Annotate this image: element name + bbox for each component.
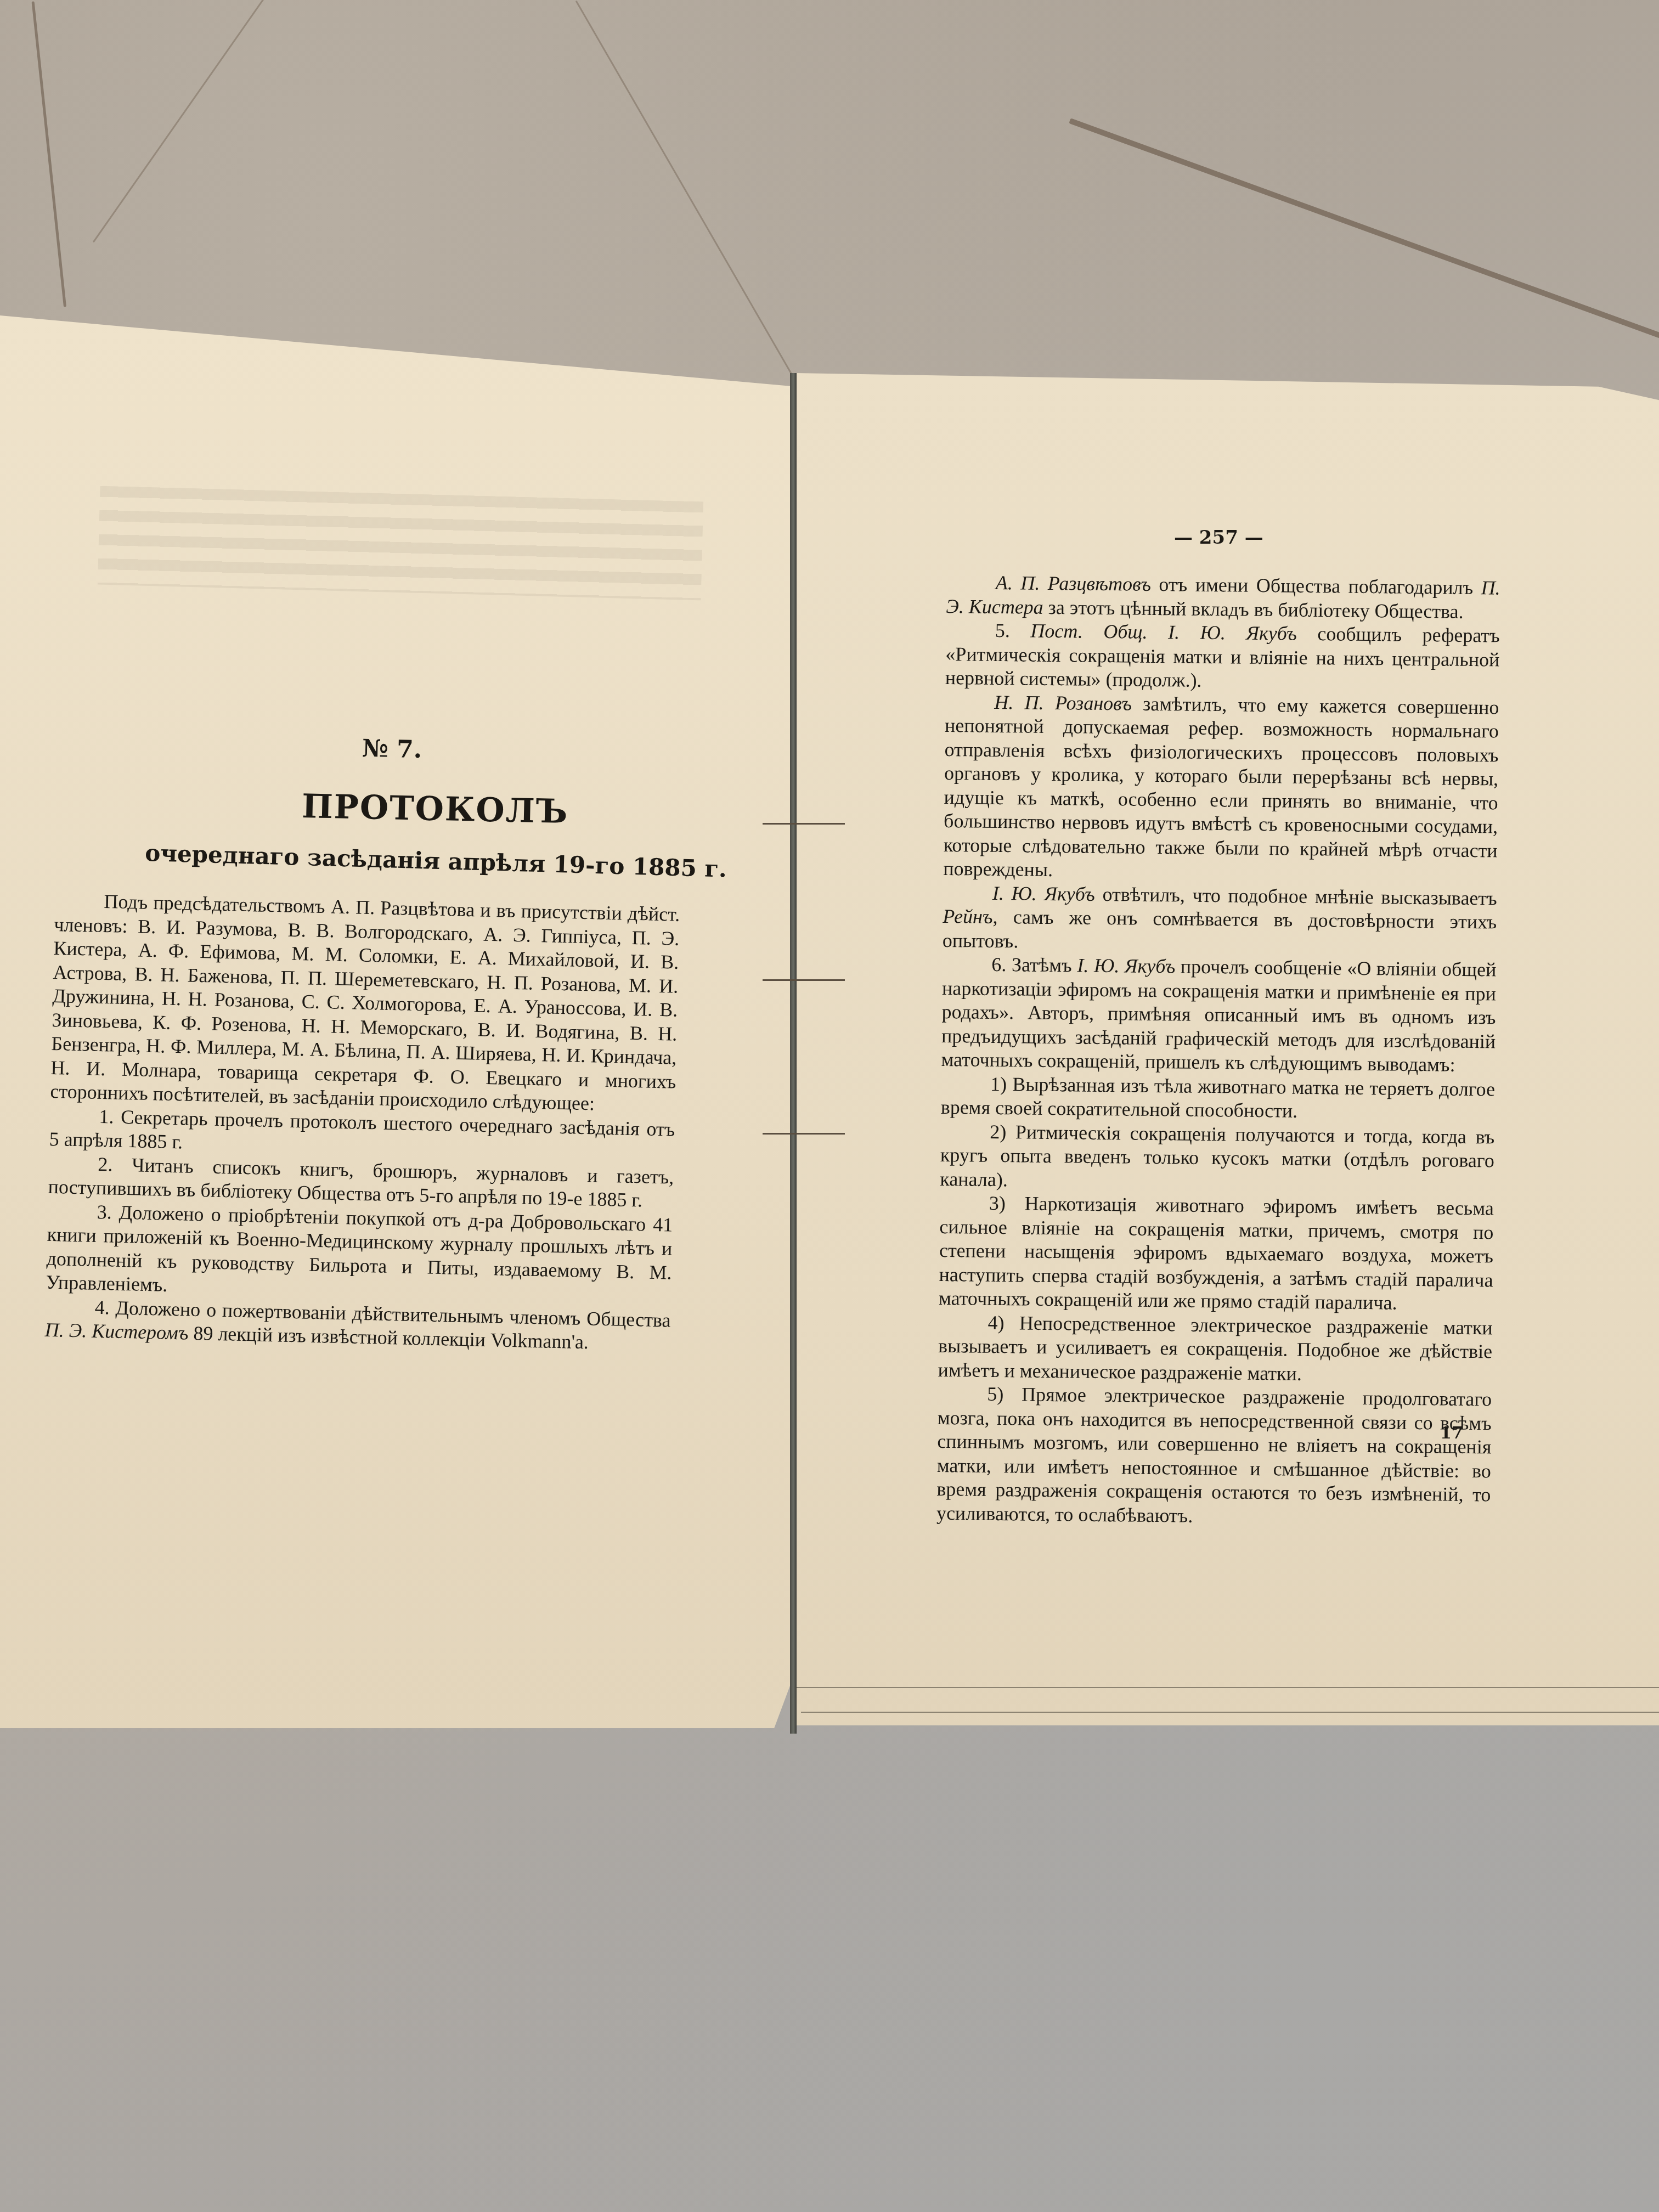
- book-spine: [790, 373, 797, 1734]
- speaker-name: А. П. Разцвѣтовъ: [996, 572, 1152, 595]
- marble-vein: [93, 0, 314, 242]
- speaker-name: I. Ю. Якубъ: [1077, 955, 1175, 978]
- paragraph-text: отвѣтилъ, что подобное мнѣніе высказывае…: [1095, 883, 1497, 909]
- conclusion-3: 3) Наркотизація животнаго эфиромъ имѣетъ…: [939, 1191, 1494, 1316]
- conclusion-2: 2) Ритмическія сокращенія получаются и т…: [940, 1119, 1494, 1197]
- paragraph-text: замѣтилъ, что ему кажется совершенно неп…: [943, 692, 1499, 881]
- bleed-through-text: [98, 486, 703, 601]
- binding-thread: [763, 979, 845, 981]
- yakub-reply: I. Ю. Якубъ отвѣтилъ, что подобное мнѣні…: [943, 881, 1497, 958]
- paragraph-text: за этотъ цѣнный вкладъ въ библіотеку Общ…: [1043, 596, 1464, 622]
- paragraph-text: отъ имени Общества поблагодарилъ: [1151, 573, 1481, 599]
- right-page-body: А. П. Разцвѣтовъ отъ имени Общества побл…: [936, 571, 1500, 1531]
- rozanov-remark: Н. П. Розановъ замѣтилъ, что ему кажется…: [943, 690, 1499, 887]
- left-page-body: Подъ предсѣдательствомъ А. П. Разцвѣтова…: [44, 889, 680, 1356]
- thanks-paragraph: А. П. Разцвѣтовъ отъ имени Общества побл…: [946, 571, 1500, 624]
- conclusion-4: 4) Непосредственное электрическое раздра…: [938, 1310, 1493, 1387]
- page-number: — 257 —: [1174, 527, 1263, 549]
- attendees-paragraph: Подъ предсѣдательствомъ А. П. Разцвѣтова…: [50, 889, 680, 1118]
- protocol-title: ПРОТОКОЛЪ: [301, 787, 569, 831]
- item-5: 5. Пост. Общ. I. Ю. Якубъ сообщилъ рефер…: [945, 618, 1500, 696]
- item-number: 6. Затѣмъ: [991, 953, 1077, 977]
- protocol-number: № 7.: [362, 735, 422, 764]
- item-6: 6. Затѣмъ I. Ю. Якубъ прочелъ сообщеніе …: [941, 952, 1496, 1077]
- speaker-name: Н. П. Розановъ: [994, 691, 1132, 714]
- conclusion-5: 5) Прямое электрическое раздраженіе прод…: [936, 1382, 1492, 1531]
- marble-vein: [1069, 118, 1659, 339]
- conclusion-1: 1) Вырѣзанная изъ тѣла животнаго матка н…: [941, 1071, 1496, 1125]
- signature-mark: 17: [1440, 1424, 1463, 1443]
- speaker-name: I. Ю. Якубъ: [992, 882, 1095, 905]
- binding-thread: [763, 823, 845, 825]
- page-stack-edge: [795, 1687, 1659, 1688]
- item-4-name: П. Э. Кистеромъ: [44, 1319, 189, 1344]
- marble-vein: [32, 1, 67, 307]
- person-name: Рейнъ: [943, 905, 993, 928]
- item-number: 5.: [995, 619, 1031, 642]
- speaker-name: Пост. Общ. I. Ю. Якубъ: [1030, 620, 1297, 645]
- page-stack-edge: [801, 1712, 1659, 1713]
- binding-thread: [763, 1133, 845, 1135]
- item-3: 3. Доложено о пріобрѣтеніи покупкой отъ …: [46, 1199, 673, 1308]
- paragraph-text: , самъ же онъ сомнѣвается въ достовѣрнос…: [943, 906, 1497, 952]
